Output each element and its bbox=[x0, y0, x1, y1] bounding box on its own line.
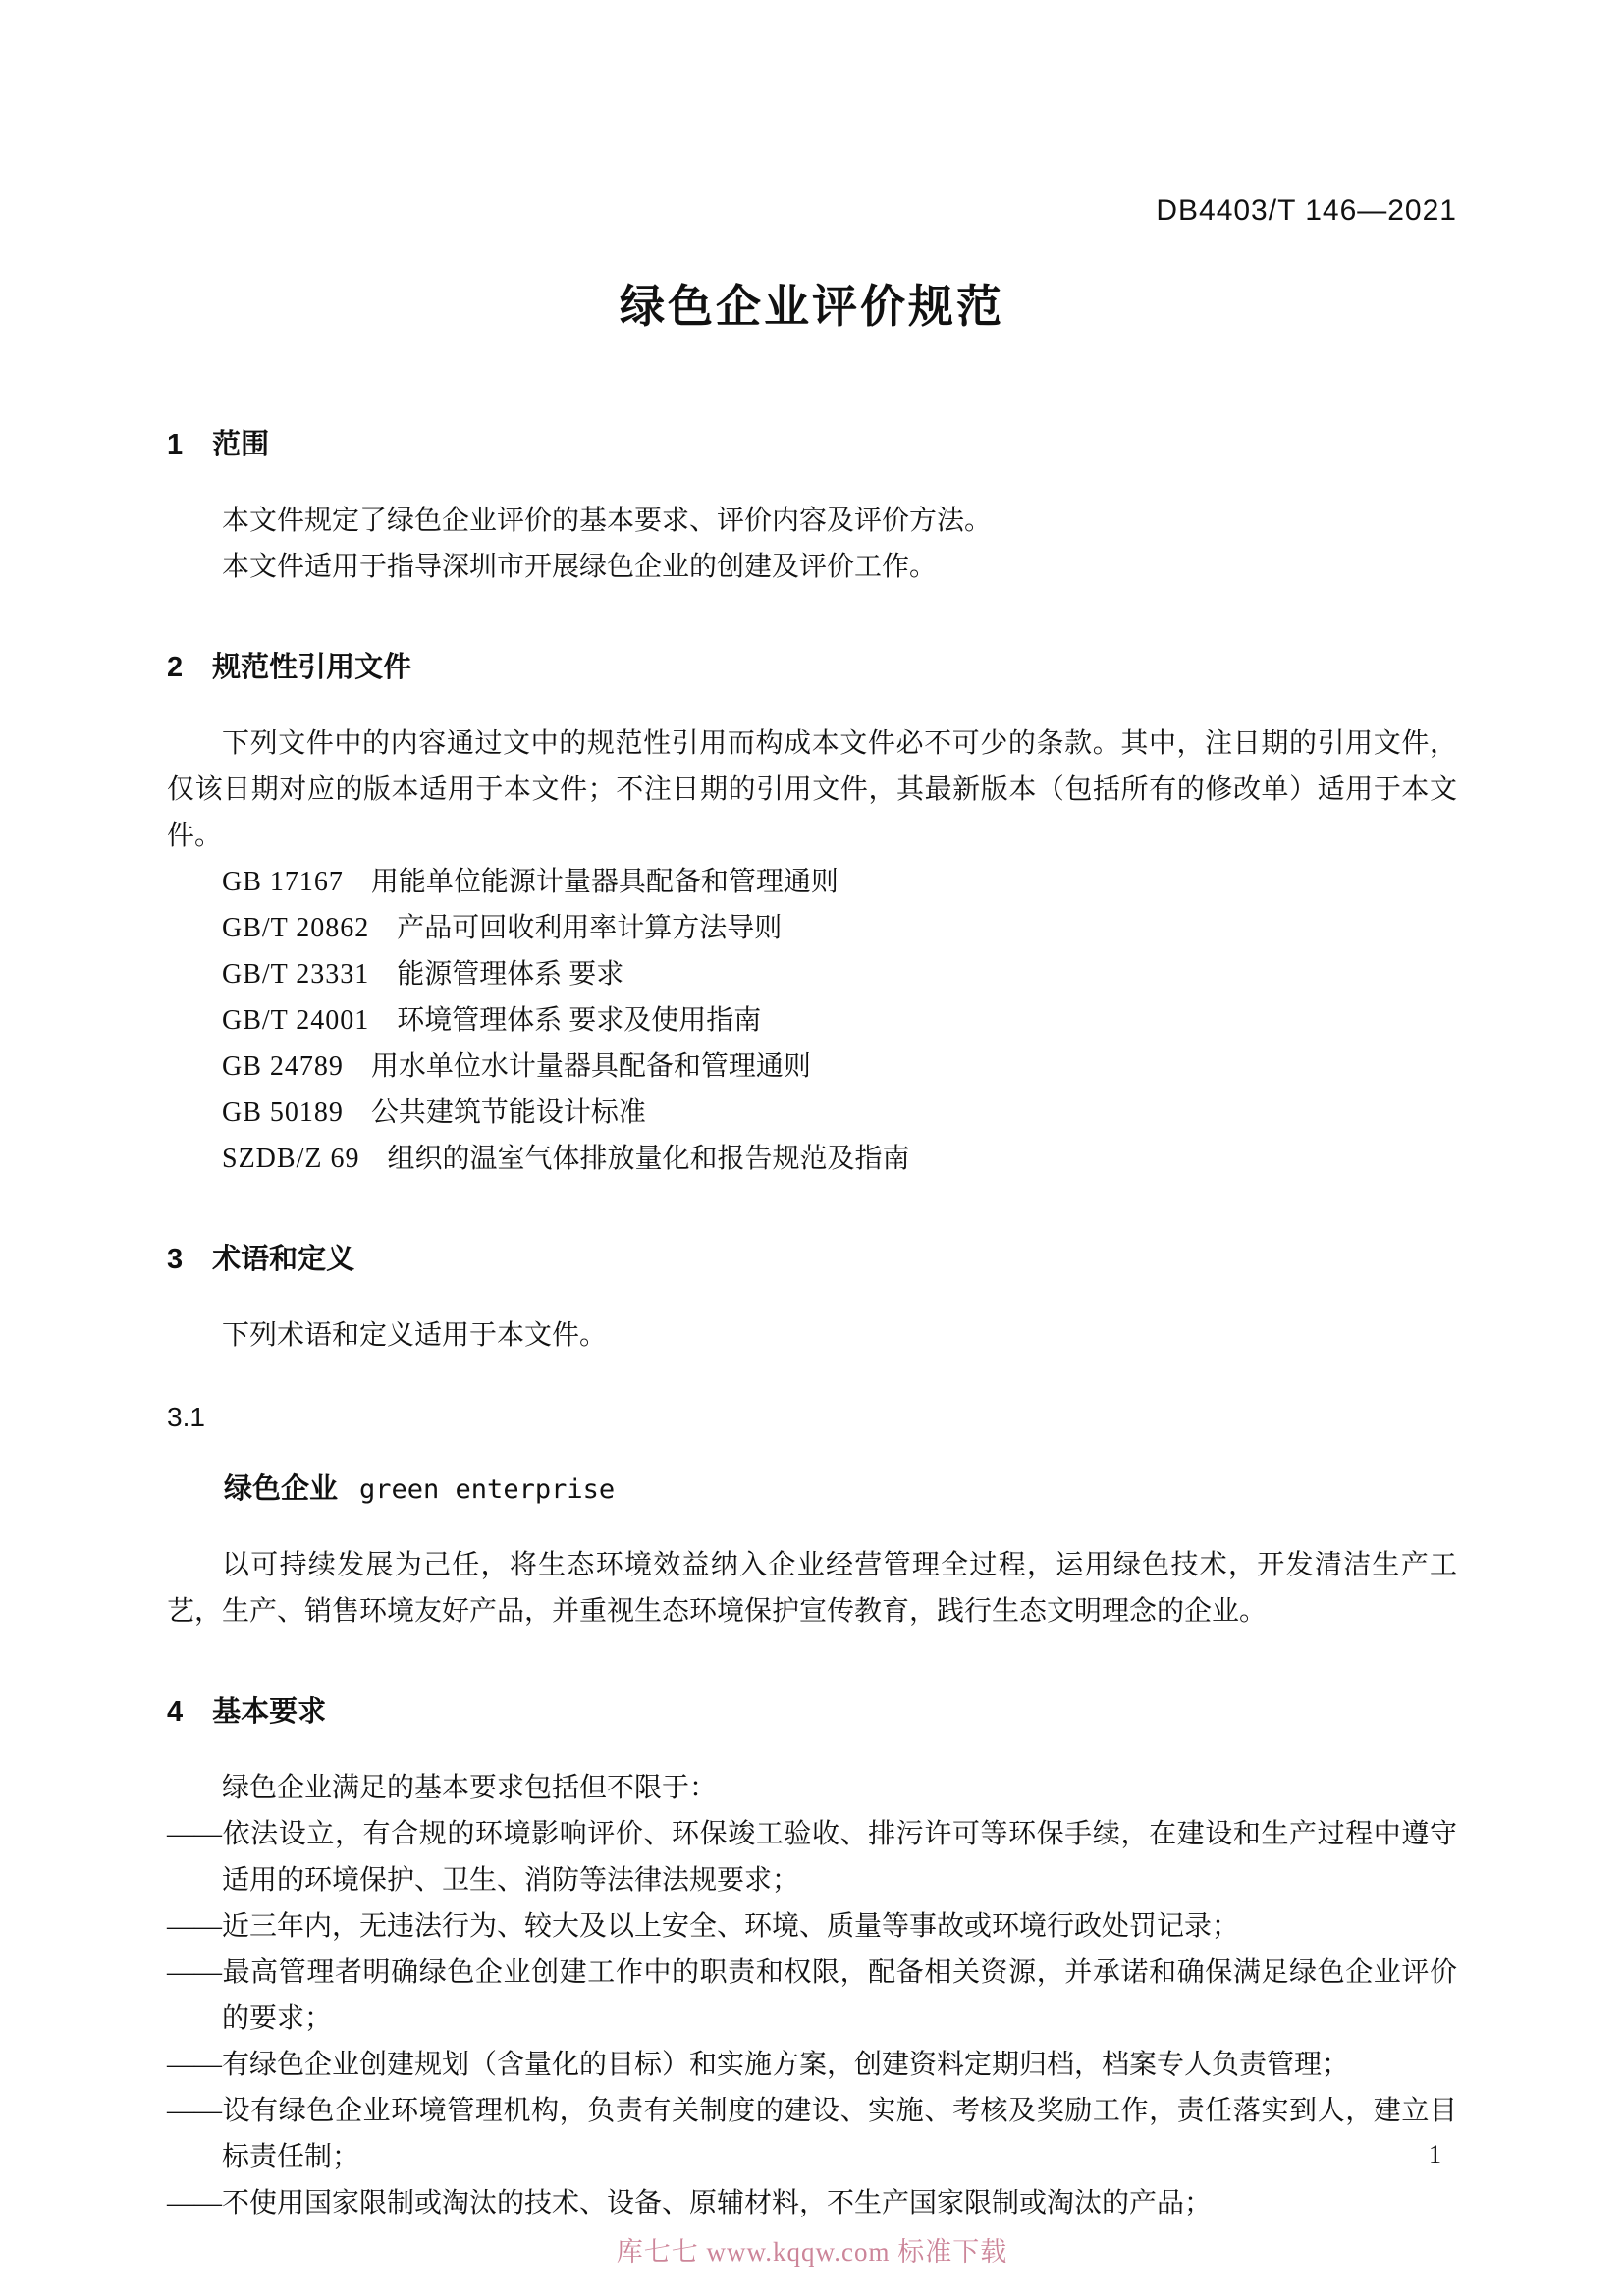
standard-number: DB4403/T 146—2021 bbox=[167, 194, 1457, 228]
requirement-item: ——设有绿色企业环境管理机构，负责有关制度的建设、实施、考核及奖励工作，责任落实… bbox=[167, 2088, 1457, 2180]
section-3-intro: 下列术语和定义适用于本文件。 bbox=[167, 1312, 1457, 1359]
dash-mark: —— bbox=[167, 1819, 222, 1849]
requirement-item: ——最高管理者明确绿色企业创建工作中的职责和权限，配备相关资源，并承诺和确保满足… bbox=[167, 1949, 1457, 2042]
reference-item: GB 17167用能单位能源计量器具配备和管理通则 bbox=[167, 859, 1457, 905]
reference-item: GB/T 23331能源管理体系 要求 bbox=[167, 951, 1457, 997]
section-4-intro: 绿色企业满足的基本要求包括但不限于： bbox=[167, 1765, 1457, 1811]
reference-title: 公共建筑节能设计标准 bbox=[371, 1097, 646, 1128]
reference-title: 用水单位水计量器具配备和管理通则 bbox=[371, 1051, 811, 1082]
reference-item: GB/T 24001环境管理体系 要求及使用指南 bbox=[167, 997, 1457, 1043]
dash-mark: —— bbox=[167, 1911, 222, 1942]
document-page: DB4403/T 146—2021 绿色企业评价规范 1范围 本文件规定了绿色企… bbox=[0, 0, 1624, 2296]
section-1-number: 1 bbox=[167, 429, 183, 460]
reference-item: GB/T 20862产品可回收利用率计算方法导则 bbox=[167, 905, 1457, 951]
reference-item: GB 24789用水单位水计量器具配备和管理通则 bbox=[167, 1043, 1457, 1090]
section-2-title: 规范性引用文件 bbox=[212, 652, 411, 683]
term-chinese: 绿色企业 bbox=[224, 1473, 338, 1505]
section-4-number: 4 bbox=[167, 1696, 183, 1728]
reference-code: GB 24789 bbox=[222, 1051, 344, 1082]
section-3-heading: 3术语和定义 bbox=[167, 1237, 1457, 1277]
dash-mark: —— bbox=[167, 2188, 222, 2218]
requirement-item: ——近三年内，无违法行为、较大及以上安全、环境、质量等事故或环境行政处罚记录； bbox=[167, 1903, 1457, 1949]
document-title: 绿色企业评价规范 bbox=[167, 271, 1457, 336]
term-number: 3.1 bbox=[167, 1402, 1457, 1433]
reference-code: SZDB/Z 69 bbox=[222, 1144, 359, 1174]
requirement-text: 最高管理者明确绿色企业创建工作中的职责和权限，配备相关资源，并承诺和确保满足绿色… bbox=[222, 1957, 1457, 2034]
term-line: 绿色企业green enterprise bbox=[167, 1467, 1457, 1507]
reference-title: 能源管理体系 要求 bbox=[397, 959, 623, 989]
section-3-number: 3 bbox=[167, 1244, 183, 1275]
term-definition: 以可持续发展为己任，将生态环境效益纳入企业经营管理全过程，运用绿色技术，开发清洁… bbox=[167, 1542, 1457, 1634]
requirement-text: 设有绿色企业环境管理机构，负责有关制度的建设、实施、考核及奖励工作，责任落实到人… bbox=[222, 2096, 1457, 2172]
section-2-heading: 2规范性引用文件 bbox=[167, 645, 1457, 685]
reference-code: GB/T 23331 bbox=[222, 959, 369, 989]
section-3-title: 术语和定义 bbox=[212, 1244, 354, 1275]
dash-mark: —— bbox=[167, 2050, 222, 2080]
requirement-text: 有绿色企业创建规划（含量化的目标）和实施方案，创建资料定期归档，档案专人负责管理… bbox=[222, 2050, 1349, 2080]
page-number: 1 bbox=[1429, 2140, 1441, 2169]
reference-item: GB 50189公共建筑节能设计标准 bbox=[167, 1090, 1457, 1136]
reference-item: SZDB/Z 69组织的温室气体排放量化和报告规范及指南 bbox=[167, 1136, 1457, 1182]
reference-title: 产品可回收利用率计算方法导则 bbox=[397, 913, 782, 943]
section-1-paragraph: 本文件适用于指导深圳市开展绿色企业的创建及评价工作。 bbox=[167, 544, 1457, 590]
section-2-number: 2 bbox=[167, 652, 183, 683]
page-content: DB4403/T 146—2021 绿色企业评价规范 1范围 本文件规定了绿色企… bbox=[0, 0, 1624, 2226]
requirement-text: 近三年内，无违法行为、较大及以上安全、环境、质量等事故或环境行政处罚记录； bbox=[222, 1911, 1239, 1942]
section-4-heading: 4基本要求 bbox=[167, 1689, 1457, 1730]
reference-title: 用能单位能源计量器具配备和管理通则 bbox=[371, 867, 839, 897]
section-4-title: 基本要求 bbox=[212, 1696, 326, 1728]
reference-code: GB/T 24001 bbox=[222, 1005, 369, 1036]
section-1-heading: 1范围 bbox=[167, 422, 1457, 462]
section-2-intro: 下列文件中的内容通过文中的规范性引用而构成本文件必不可少的条款。其中，注日期的引… bbox=[167, 721, 1457, 859]
section-1-title: 范围 bbox=[212, 429, 269, 460]
term-english: green enterprise bbox=[359, 1474, 615, 1505]
reference-code: GB/T 20862 bbox=[222, 913, 369, 943]
reference-code: GB 17167 bbox=[222, 867, 344, 897]
requirement-item: ——不使用国家限制或淘汰的技术、设备、原辅材料，不生产国家限制或淘汰的产品； bbox=[167, 2180, 1457, 2226]
reference-code: GB 50189 bbox=[222, 1097, 344, 1128]
reference-title: 组织的温室气体排放量化和报告规范及指南 bbox=[387, 1144, 909, 1174]
requirement-item: ——依法设立，有合规的环境影响评价、环保竣工验收、排污许可等环保手续，在建设和生… bbox=[167, 1811, 1457, 1903]
dash-mark: —— bbox=[167, 2096, 222, 2126]
requirement-item: ——有绿色企业创建规划（含量化的目标）和实施方案，创建资料定期归档，档案专人负责… bbox=[167, 2042, 1457, 2088]
requirement-text: 不使用国家限制或淘汰的技术、设备、原辅材料，不生产国家限制或淘汰的产品； bbox=[222, 2188, 1212, 2218]
section-1-paragraph: 本文件规定了绿色企业评价的基本要求、评价内容及评价方法。 bbox=[167, 498, 1457, 544]
footer-watermark: 库七七 www.kqqw.com 标准下载 bbox=[0, 2230, 1624, 2269]
requirement-text: 依法设立，有合规的环境影响评价、环保竣工验收、排污许可等环保手续，在建设和生产过… bbox=[222, 1819, 1457, 1896]
dash-mark: —— bbox=[167, 1957, 222, 1988]
reference-title: 环境管理体系 要求及使用指南 bbox=[397, 1005, 761, 1036]
